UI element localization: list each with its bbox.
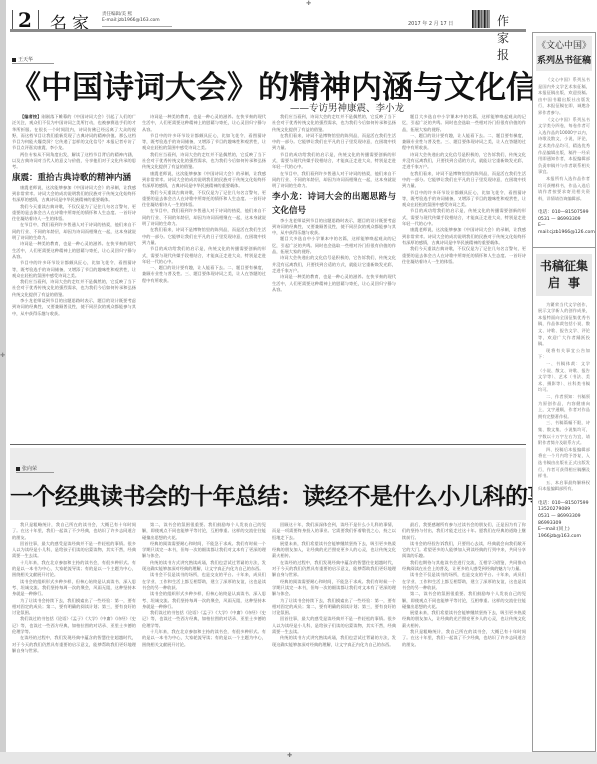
header-divider [38,10,39,30]
header-rule [10,29,526,32]
article1-column-3: 我们应当看到，诗词大会的走红并不是偶然的，它反映了当下社会对于优秀传统文化的强烈… [272,114,396,440]
contact-email-2: 1966jzb@163.com [538,534,590,541]
paragraph: 题目大多选自中小学课本中的名篇，这样能够唤起观众的记忆，引起广泛的共鸣。同时也会… [402,114,526,133]
page-edge-left [0,0,6,764]
paragraph: 我只是粗略统计，我自己所在的读书会，大概已有十年时间了。在这十年里，我们一起读了… [402,629,526,648]
paragraph: 李小龙老师谈到节目的出题思路时表示，题目的设计既要考虑到诗词的经典性，又要兼顾普… [12,298,136,317]
paragraph: 十几年来，我在北京参加和主持的读书会，有很多种形式。有的是以一本书为中心，大家轮… [12,560,136,579]
editor-underline [102,26,172,27]
notice1-contact: 电话：010—81507599 0531 — 86993309 E—mail:c… [538,210,590,236]
paragraph: 节目中的许多环节设计都颇具匠心，比如飞花令、看图猜诗等，既考验选手的诗词储备，又… [142,133,266,152]
paragraph: 读书会不仅是读书的场所，也是交友的平台。十年来，成员们在学业、工作和生活上都互相… [402,572,526,591]
paragraph: 康震老师说，这次能够参加《中国诗词大会》的录制，让我感到非常荣幸。诗词大会的成功… [142,171,266,190]
paragraph: 第二，读书会的氛围很重要。我们鼓励每个人发表自己的见解，即使观点不同也能够平等讨… [402,591,526,610]
paragraph: 我们今天重读古典诗歌，不仅仅是为了记住几句名言警句，更重要的是去体会古人在诗歌中… [402,246,526,265]
article2-byline: 张向荣 [16,465,37,472]
paragraph: 本报所有入选作品作者均可获赠样书，作品入选后请作者按要求寄送相关资料，详情请咨询… [538,176,590,202]
article1-column-2: 诗词是一种美的教育，也是一种心灵的滋养。在快节奏的现代生活中，人们更需要这种精神… [142,114,266,440]
paragraph: 在我们看来，诗词不是博物馆里的陈列品，而是活在我们生活中的一部分。它能够让我们在… [142,227,266,246]
article2-columns: 我只是粗略统计，我自己所在的读书会，大概已有十年时间了。在这十年里，我们一起读了… [12,522,526,750]
paragraph: 经典的阅读需要耐心和时间，不能急于求成。我们有时候一个学期只读完一本书，但每一次… [142,541,266,560]
paragraph: 现将有关事宜公告如下： [538,348,590,361]
paragraph: 康震老师说，这次能够参加《中国诗词大会》的录制，让我感到非常荣幸。诗词大会的成功… [402,227,526,246]
article1-subhead-lixiaolong: 李小龙：诗词大会的出题思路与文化信号 [272,190,396,218]
article2-column-4: 最后，我要感谢所有参与过读书会的朋友们，正是因为有了你们的坚持与付出，我们才能走… [402,522,526,750]
paragraph: 我们今天重读古典诗歌，不仅仅是为了记住几句名言警句，更重要的是去体会古人在诗歌中… [142,190,266,209]
paragraph: 诗词大会传递出的文化信号是积极的，它告诉我们，传统文化并没有远离我们，只要找到合… [402,152,526,171]
article1-subhead-kangzhen: 康震：重拾古典诗歌的精神内涵 [12,171,136,185]
paragraph: 最后，我要感谢所有参与过读书会的朋友们，正是因为有了你们的坚持与付出，我们才能走… [402,522,526,541]
article2-column-3: 回顾这十年，我们深深体会到，读经不是什么小儿科的事情，而是一项需要终身投入的事业… [272,522,396,750]
notice2-title-box: 书稿征集 启事 [536,254,592,296]
paragraph: 回首往事，最大的感受是读经典并不是一件轻松的事情。很多人以为读经是小儿科，是给孩… [12,541,136,560]
paragraph: 读书会的组织形式多种多样，但核心始终是认真读书、深入思考、坦诚交流。我们坚持每周… [142,591,266,610]
paragraph: 节目的成功给我们的启示是，传统文化的传播需要创新的形式，需要与现代传媒手段相结合… [142,246,266,265]
article2-column-1: 我只是粗略统计，我自己所在的读书会，大概已有十年时间了。在这十年里，我们一起读了… [12,522,136,750]
paragraph: 我们应当看到，诗词大会的走红并不是偶然的，它反映了当下社会对于优秀传统文化的强烈… [272,114,396,133]
registration-mark-bottom: ✚ [287,752,292,759]
article1-intro: 刚刚落下帷幕的《中国诗词大会》引起了人们的广泛关注，观众们不仅为中国诗词之美所打… [12,114,136,150]
contact-email: E—mail:(同上) [538,527,590,534]
paragraph: 诗词是一种美的教育，也是一种心灵的滋养。在快节奏的现代生活中，人们更需要这种精神… [12,241,136,260]
paragraph: 李小龙老师谈到节目的出题思路时表示，题目的设计既要考虑到诗词的经典性，又要兼顾普… [272,218,396,237]
paragraph: 在读经的过程中，我们发现经典中蕴含的智慧往往超越时代，对于今天的我们仍然具有重要… [12,635,136,654]
paragraph: 节目中的许多环节设计都颇具匠心，比如飞花令、看图猜诗等，既考验选手的诗词储备，又… [12,260,136,279]
qr-code-icon [472,10,490,28]
paragraph: 我们今天重读古典诗歌，不仅仅是为了记住几句名言警句，更重要的是去体会古人在诗歌中… [12,204,136,223]
paragraph: 一、题目的设计要有趣，让人能看下去。二、题目要有梯度，兼顾专业性与普及性。三、题… [402,133,526,152]
paragraph: 十几年来，我在北京参加和主持的读书会，有很多种形式。有的是以一本书为中心，大家轮… [142,629,266,648]
article1-columns: 【编者按】刚刚落下帷幕的《中国诗词大会》引起了人们的广泛关注，观众们不仅为中国诗… [12,114,526,440]
editor-email: E-mail:jzb1966@163.com [102,18,160,24]
paragraph: 读书会不仅是读书的场所，也是交友的平台。十年来，成员们在学业、工作和生活上都互相… [142,572,266,591]
paragraph: 传统的读书方式讲究熟读成诵，我们也尝试过背诵的方法，发现这确实能够加深对经典的理… [272,635,396,648]
paragraph: 康震老师说，这次能够参加《中国诗词大会》的录制，让我感到非常荣幸。诗词大会的成功… [12,185,136,204]
header-divider [12,10,13,30]
paragraph: 三、书稿篇幅不限，诗集、散文集、小说集均可，字数以十万字左右为宜，请附作者简介及… [538,420,590,446]
paragraph: 为了让读书会持续下去，我们摸索出了一些经验：第一，要有相对固定的成员；第二，要有… [272,598,396,617]
paragraph: 一、书稿体裁：文学（小说、散文、诗歌、报告文学等）、艺术（书法、美术、摄影等）、… [538,361,590,394]
article1-intro-2: 两位专家从不同角度出发，解读了这档节目背后的精神内涵，以及古典诗词对当代人的意义… [12,152,136,171]
notice2-body: 为繁荣当代文学创作，展示文学新人的创作成果，本报特面向全国征集优秀书稿，作品体裁… [538,302,590,493]
paragraph: 我们读过的书包括《论语》《孟子》《大学》《中庸》《诗经》《史记》等，也读过一些西… [12,616,136,635]
issue-date: 2017 年 2 月 17 日 [408,20,453,27]
paragraph: 读书会的经验告诉我们，只要用心去读，经典就会向我们敞开它的大门。希望更多的人能够… [402,541,526,560]
paragraph: 四、投稿后本报编辑部将在一个月内给予答复，入选书稿由出版社正式出版发行，作者可获… [538,447,590,480]
notice1-title: 《文心中国》 [536,39,592,53]
page-edge-bottom [0,752,597,764]
paragraph: 我只是粗略统计，我自己所在的读书会，大概已有十年时间了。在这十年里，我们一起读了… [12,522,136,541]
notice1-body: 《文心中国》系列丛书是国内外文学艺术家征稿，本报征稿出版，欢迎投稿。由中国书籍出… [538,77,590,202]
paragraph: 回顾这十年，我们深深体会到，读经不是什么小儿科的事情，而是一项需要终身投入的事业… [272,522,396,541]
paragraph: 一、题目的设计要有趣，让人能看下去。二、题目要有梯度，兼顾专业性与普及性。三、题… [142,265,266,284]
paragraph: 题目大多选自中小学课本中的名篇，这样能够唤起观众的记忆，引起广泛的共鸣。同时也会… [272,236,396,255]
paragraph: 在读经的过程中，我们发现经典中蕴含的智慧往往超越时代，对于今天的我们仍然具有重要… [272,560,396,579]
paragraph: 我们应当看到，诗词大会的走红并不是偶然的，它反映了当下社会对于优秀传统文化的强烈… [12,279,136,298]
article2-column-2: 第二，读书会的氛围很重要。我们鼓励每个人发表自己的见解，即使观点不同也能够平等讨… [142,522,266,750]
article1-subtitle: ——专访男神康震、李小龙 [290,100,404,114]
paragraph: 在我们看来，诗词不是博物馆里的陈列品，而是活在我们生活中的一部分。它能够让我们在… [402,171,526,190]
paragraph: 经典的阅读需要耐心和时间，不能急于求成。我们有时候一个学期只读完一本书，但每一次… [272,579,396,598]
notice2-subtitle: 启事 [536,275,592,292]
notice1-title-box: 《文心中国》 系列丛书征稿 [536,36,592,71]
paragraph: 读书会的组织形式多种多样，但核心始终是认真读书、深入思考、坦诚交流。我们坚持每周… [12,579,136,598]
notice2-contact: 电话：010—81507599 13520279089 0531 — 86993… [538,501,590,541]
sidebar: 《文心中国》 系列丛书征稿 《文心中国》系列丛书是国内外文学艺术家征稿，本报征稿… [532,32,596,752]
paragraph: 在节目中，我们看到许多普通人对于诗词的热爱，他们来自不同的行业、不同的年龄层，却… [12,222,136,241]
paragraph: 我们应当看到，诗词大会的走红并不是偶然的，它反映了当下社会对于优秀传统文化的强烈… [142,152,266,171]
paragraph: 我们也期待与其他读书会进行交流，互相学习借鉴，共同推动经典阅读在社会上的普及，让… [402,560,526,573]
registration-mark-left: ✚ [0,352,5,359]
paragraph: 在节目中，我们看到许多普通人对于诗词的热爱，他们来自不同的行业、不同的年龄层，却… [142,208,266,227]
paragraph: 节目中的许多环节设计都颇具匠心，比如飞花令、看图猜诗等，既考验选手的诗词储备，又… [402,190,526,209]
paragraph: 在我们看来，诗词不是博物馆里的陈列品，而是活在我们生活中的一部分。它能够让我们在… [272,133,396,152]
paragraph: 展望未来，我们希望读书会能够继续坚持下去，吸引更多热爱经典的朋友加入，让经典的光… [272,541,396,560]
notice1-subtitle: 系列丛书征稿 [536,53,592,69]
editor-note-label: 【编者按】 [20,114,42,119]
paragraph: 《文心中国》系列丛书是国内外文学艺术家征稿，本报征稿出版，欢迎投稿。由中国书籍出… [538,77,590,117]
paragraph: 二、作者须知：书稿须为原创作品，内容健康向上，文字通顺，作者对作品拥有完整著作权… [538,394,590,420]
contact-email: E—mail:cjzb1966@126.com [538,223,590,236]
paragraph: 诗词大会传递出的文化信号是积极的，它告诉我们，传统文化并没有远离我们，只要找到合… [272,255,396,274]
contact-phone-2: 0531 — 86993309 [538,514,590,521]
article1-column-4: 题目大多选自中小学课本中的名篇，这样能够唤起观众的记忆，引起广泛的共鸣。同时也会… [402,114,526,440]
byline-underline [16,472,54,473]
paragraph: 我们读过的书包括《论语》《孟子》《大学》《中庸》《诗经》《史记》等，也读过一些西… [142,610,266,629]
contact-phone: 电话：010—81507599 [538,210,590,217]
paragraph: 诗词是一种美的教育，也是一种心灵的滋养。在快节奏的现代生活中，人们更需要这种精神… [142,114,266,133]
article2-headline: 一个经典读书会的十年总结：读经不是什么小儿科的事情 [10,478,526,511]
paragraph: 《文心中国》系列丛书文学类分四卷，每卷作者可入选作品约10000字以内，诗歌及散… [538,117,590,176]
paragraph: 在节目中，我们看到许多普通人对于诗词的热爱，他们来自不同的行业、不同的年龄层，却… [272,171,396,190]
paragraph: 节目的成功给我们的启示是，传统文化的传播需要创新的形式，需要与现代传媒手段相结合… [402,208,526,227]
article1-headline: 《中国诗词大会》的精神内涵与文化信号 [10,62,526,107]
sidebar-divider [533,247,595,248]
editor-info: 责任编辑/美 熙 E-mail:jzb1966@163.com [102,12,160,24]
paragraph: 为繁荣当代文学创作，展示文学新人的创作成果，本报特面向全国征集优秀书稿，作品体裁… [538,302,590,348]
paragraph: 展望未来，我们希望读书会能够继续坚持下去，吸引更多热爱经典的朋友加入，让经典的光… [402,610,526,629]
notice2-title: 书稿征集 [536,258,592,275]
article-divider [10,444,526,445]
article1-column-1: 【编者按】刚刚落下帷幕的《中国诗词大会》引起了人们的广泛关注，观众们不仅为中国诗… [12,114,136,440]
paragraph: 节目的成功给我们的启示是，传统文化的传播需要创新的形式，需要与现代传媒手段相结合… [272,152,396,171]
paragraph: 五、本启事最终解释权归本报编辑部所有。 [538,480,590,493]
paragraph: 诗词是一种美的教育，也是一种心灵的滋养。在快节奏的现代生活中，人们更需要这种精神… [272,274,396,293]
paragraph: 为了让读书会持续下去，我们摸索出了一些经验：第一，要有相对固定的成员；第二，要有… [12,598,136,617]
paragraph: 第二，读书会的氛围很重要。我们鼓励每个人发表自己的见解，即使观点不同也能够平等讨… [142,522,266,541]
paragraph: 传统的读书方式讲究熟读成诵，我们也尝试过背诵的方法，发现这确实能够加深对经典的理… [142,560,266,573]
paragraph: 回首往事，最大的感受是读经典并不是一件轻松的事情。很多人以为读经是小儿科，是给孩… [272,616,396,635]
